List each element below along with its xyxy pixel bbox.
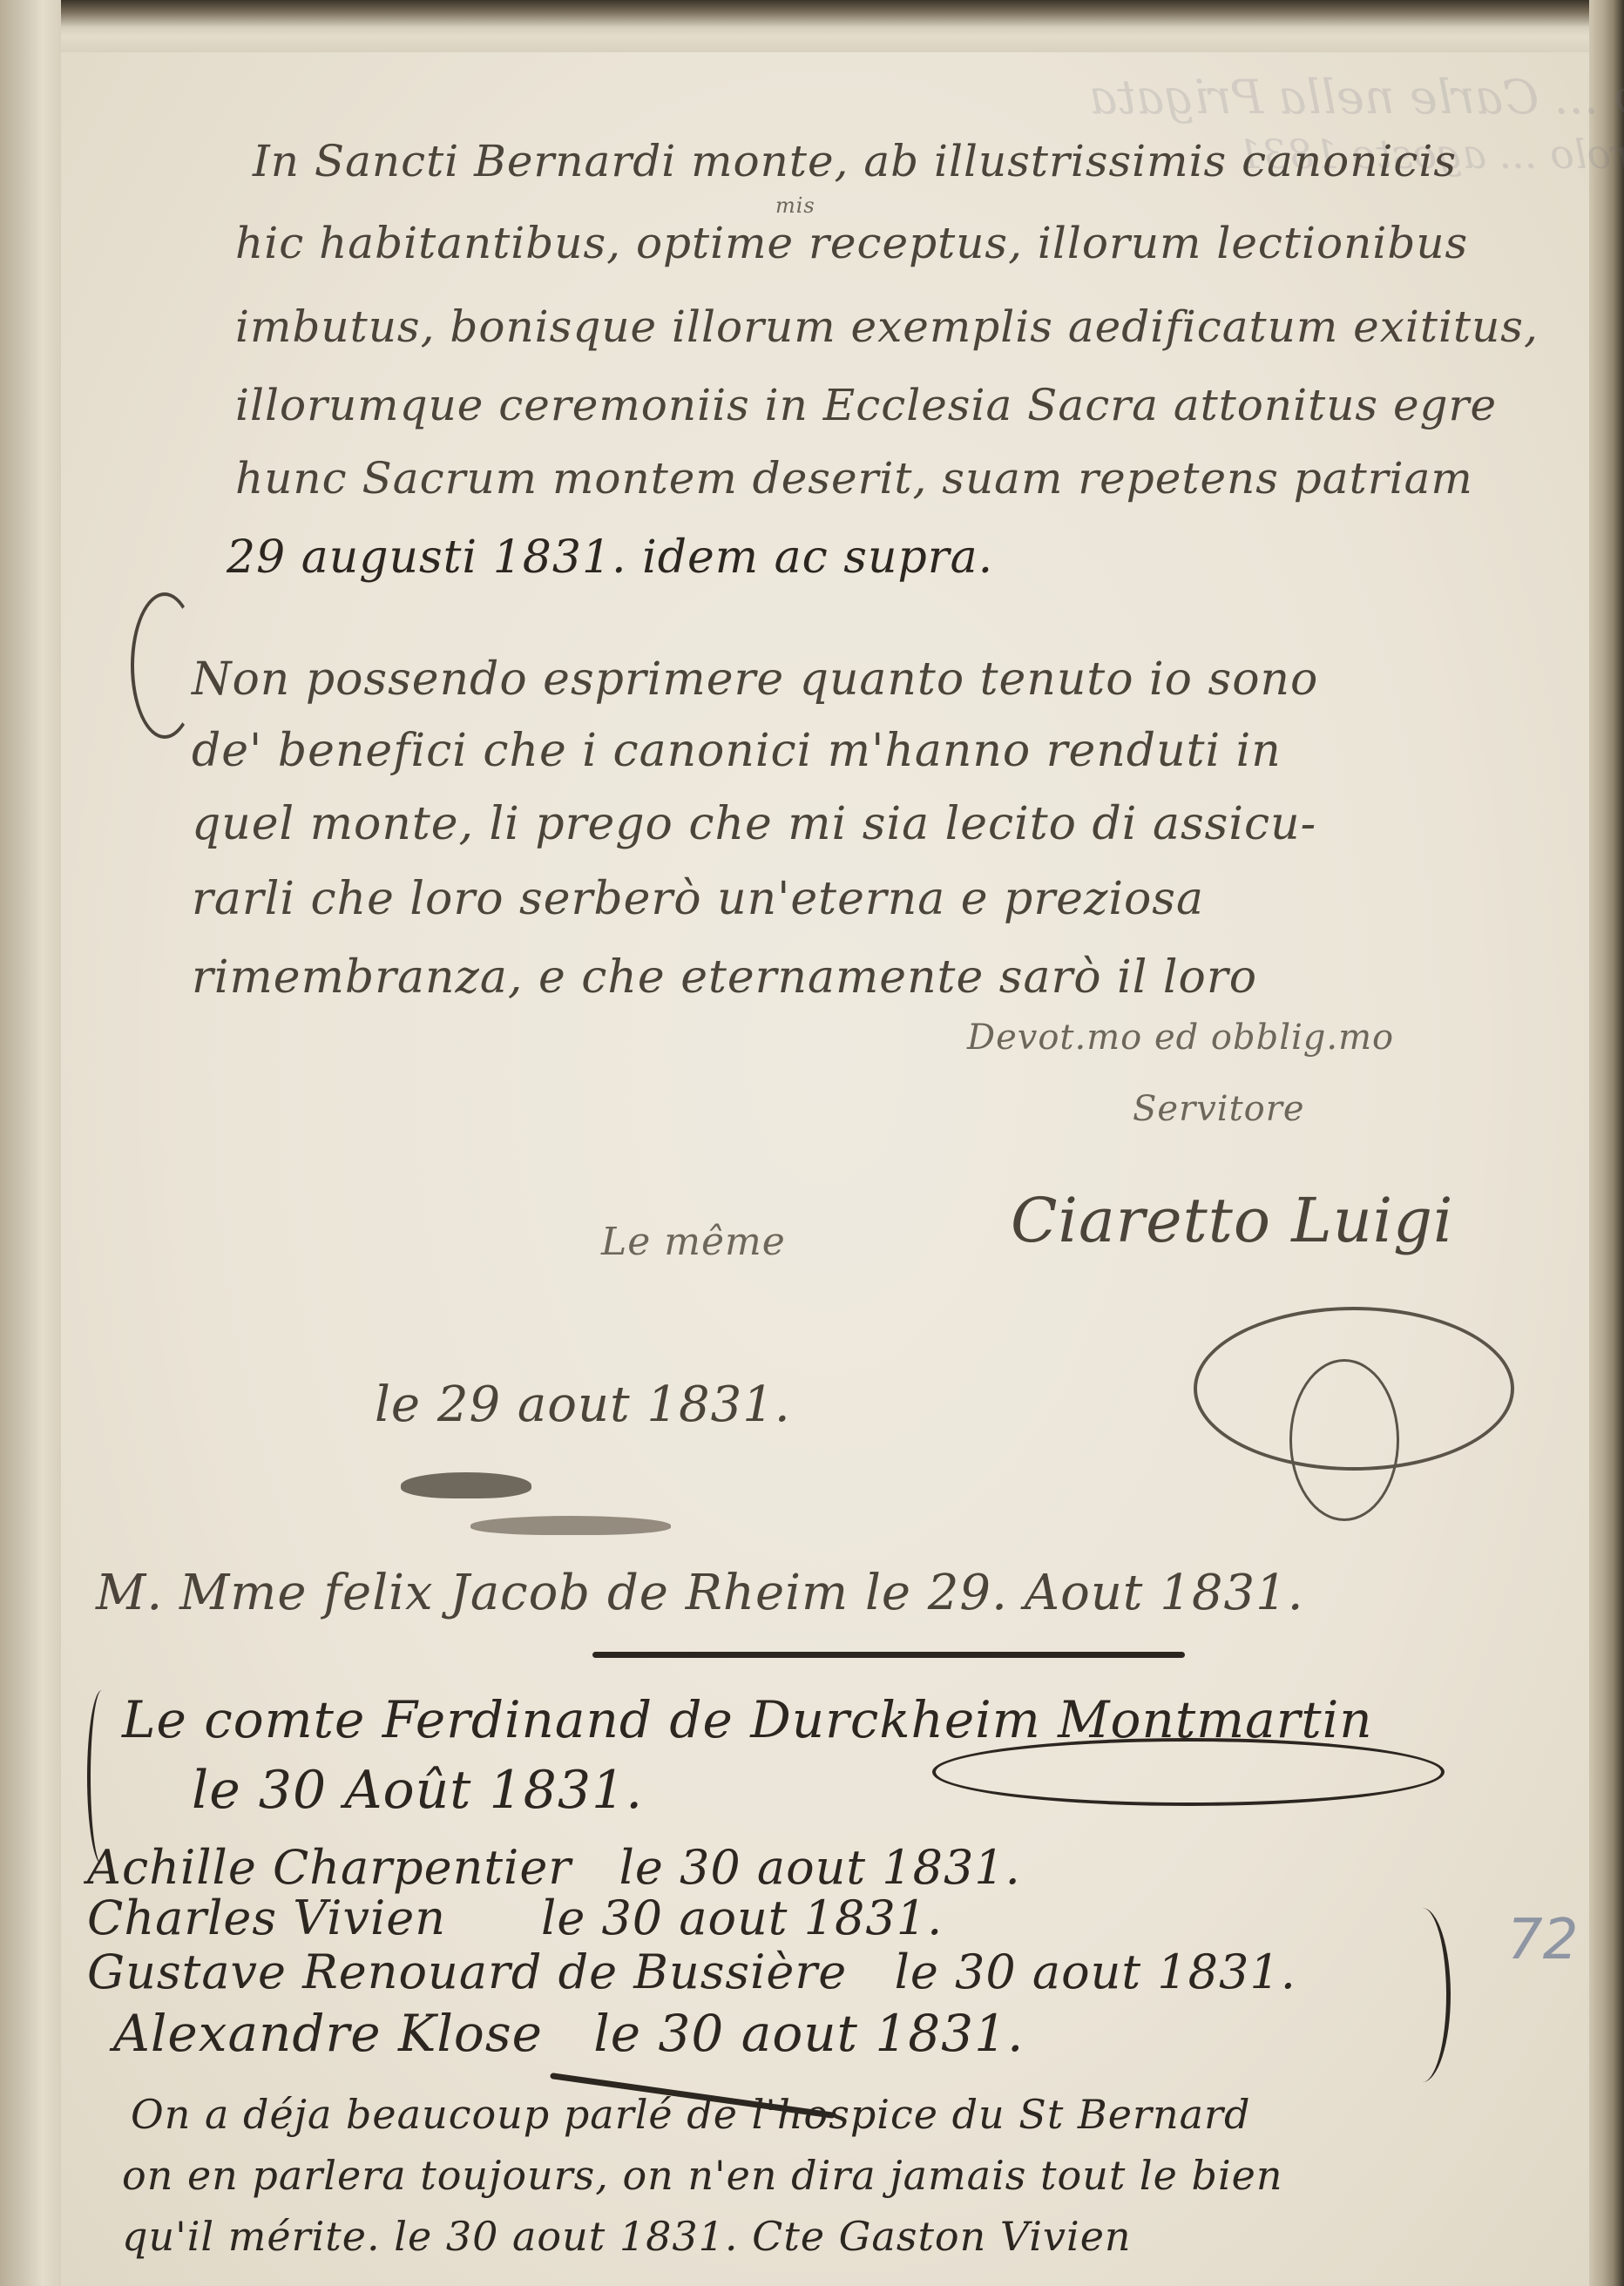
note-line: On a déja beaucoup parlé de l'hospice du… (131, 2091, 1250, 2138)
date-line: le 29 aout 1831. (375, 1376, 791, 1433)
visitor-entry: Achille Charpentier le 30 aout 1831. (87, 1840, 1021, 1895)
visitor-name: Charles Vivien (87, 1890, 446, 1945)
initial-flourish (131, 592, 199, 739)
interlinear-note: mis (775, 193, 815, 218)
binding-spine (0, 0, 63, 2286)
latin-line: In Sancti Bernardi monte, ab illustrissi… (253, 136, 1457, 186)
latin-line: imbutus, bonisque illorum exemplis aedif… (235, 301, 1539, 352)
visitor-date: le 30 aout 1831. (895, 1944, 1296, 1999)
page-right-edges (1589, 0, 1624, 2286)
visitor-name: Achille Charpentier (87, 1840, 572, 1895)
folio-number: 72 (1507, 1908, 1578, 1972)
bracket (1394, 1908, 1451, 2082)
manuscript-page: Quando Carlo ... Carle nella Prigata di … (61, 52, 1589, 2286)
closing-line: Devot.mo ed obblig.mo (967, 1018, 1394, 1058)
flourish (932, 1738, 1445, 1806)
bracket (87, 1690, 117, 1864)
underline-stroke (592, 1652, 1185, 1658)
visitor-name: Gustave Renouard de Bussière (87, 1944, 847, 1999)
latin-line: hic habitantibus, optime receptus, illor… (235, 218, 1468, 268)
closing-line: Servitore (1133, 1089, 1305, 1129)
latin-date-line: 29 augusti 1831. idem ac supra. (227, 531, 993, 584)
visitor-name: M. Mme felix Jacob de Rheim (96, 1565, 849, 1621)
visitor-date: le 30 aout 1831. (593, 2004, 1024, 2063)
bleed-through-line: Quando Carlo ... Carle nella Prigata (1089, 70, 1624, 125)
italian-line: rimembranza, e che eternamente sarò il l… (192, 951, 1257, 1004)
italian-line: rarli che loro serberò un'eterna e prezi… (192, 873, 1204, 925)
manuscript-scan: Quando Carlo ... Carle nella Prigata di … (0, 0, 1624, 2286)
latin-line: illorumque ceremoniis in Ecclesia Sacra … (235, 380, 1497, 430)
italian-line: Non possendo esprimere quanto tenuto io … (192, 653, 1318, 706)
visitor-entry: Gustave Renouard de Bussière le 30 aout … (87, 1944, 1296, 1999)
latin-line: hunc Sacrum montem deserit, suam repeten… (235, 453, 1473, 504)
italian-line: de' benefici che i canonici m'hanno rend… (192, 725, 1282, 777)
visitor-name: Alexandre Klose (113, 2004, 543, 2063)
italian-line: quel monte, li prego che mi sia lecito d… (192, 798, 1316, 850)
visitor-entry: Alexandre Klose le 30 aout 1831. (113, 2004, 1024, 2063)
visitor-entry: M. Mme felix Jacob de Rheim le 29. Aout … (96, 1565, 1304, 1621)
left-signature: Le même (601, 1220, 786, 1264)
visitor-date: le 30 aout 1831. (619, 1840, 1021, 1895)
visitor-date: le 30 Août 1831. (192, 1760, 643, 1821)
note-line: on en parlera toujours, on n'en dira jam… (122, 2152, 1283, 2199)
ink-blot (401, 1472, 531, 1498)
visitor-date: le 30 aout 1831. (541, 1890, 943, 1945)
visitor-date: le 29. Aout 1831. (865, 1565, 1304, 1621)
note-line: qu'il mérite. le 30 aout 1831. Cte Gasto… (122, 2213, 1132, 2260)
signature-flourish (1289, 1359, 1399, 1521)
signature: Ciaretto Luigi (1011, 1185, 1453, 1256)
ink-blot (470, 1516, 671, 1535)
visitor-entry: Charles Vivien le 30 aout 1831. (87, 1890, 943, 1945)
